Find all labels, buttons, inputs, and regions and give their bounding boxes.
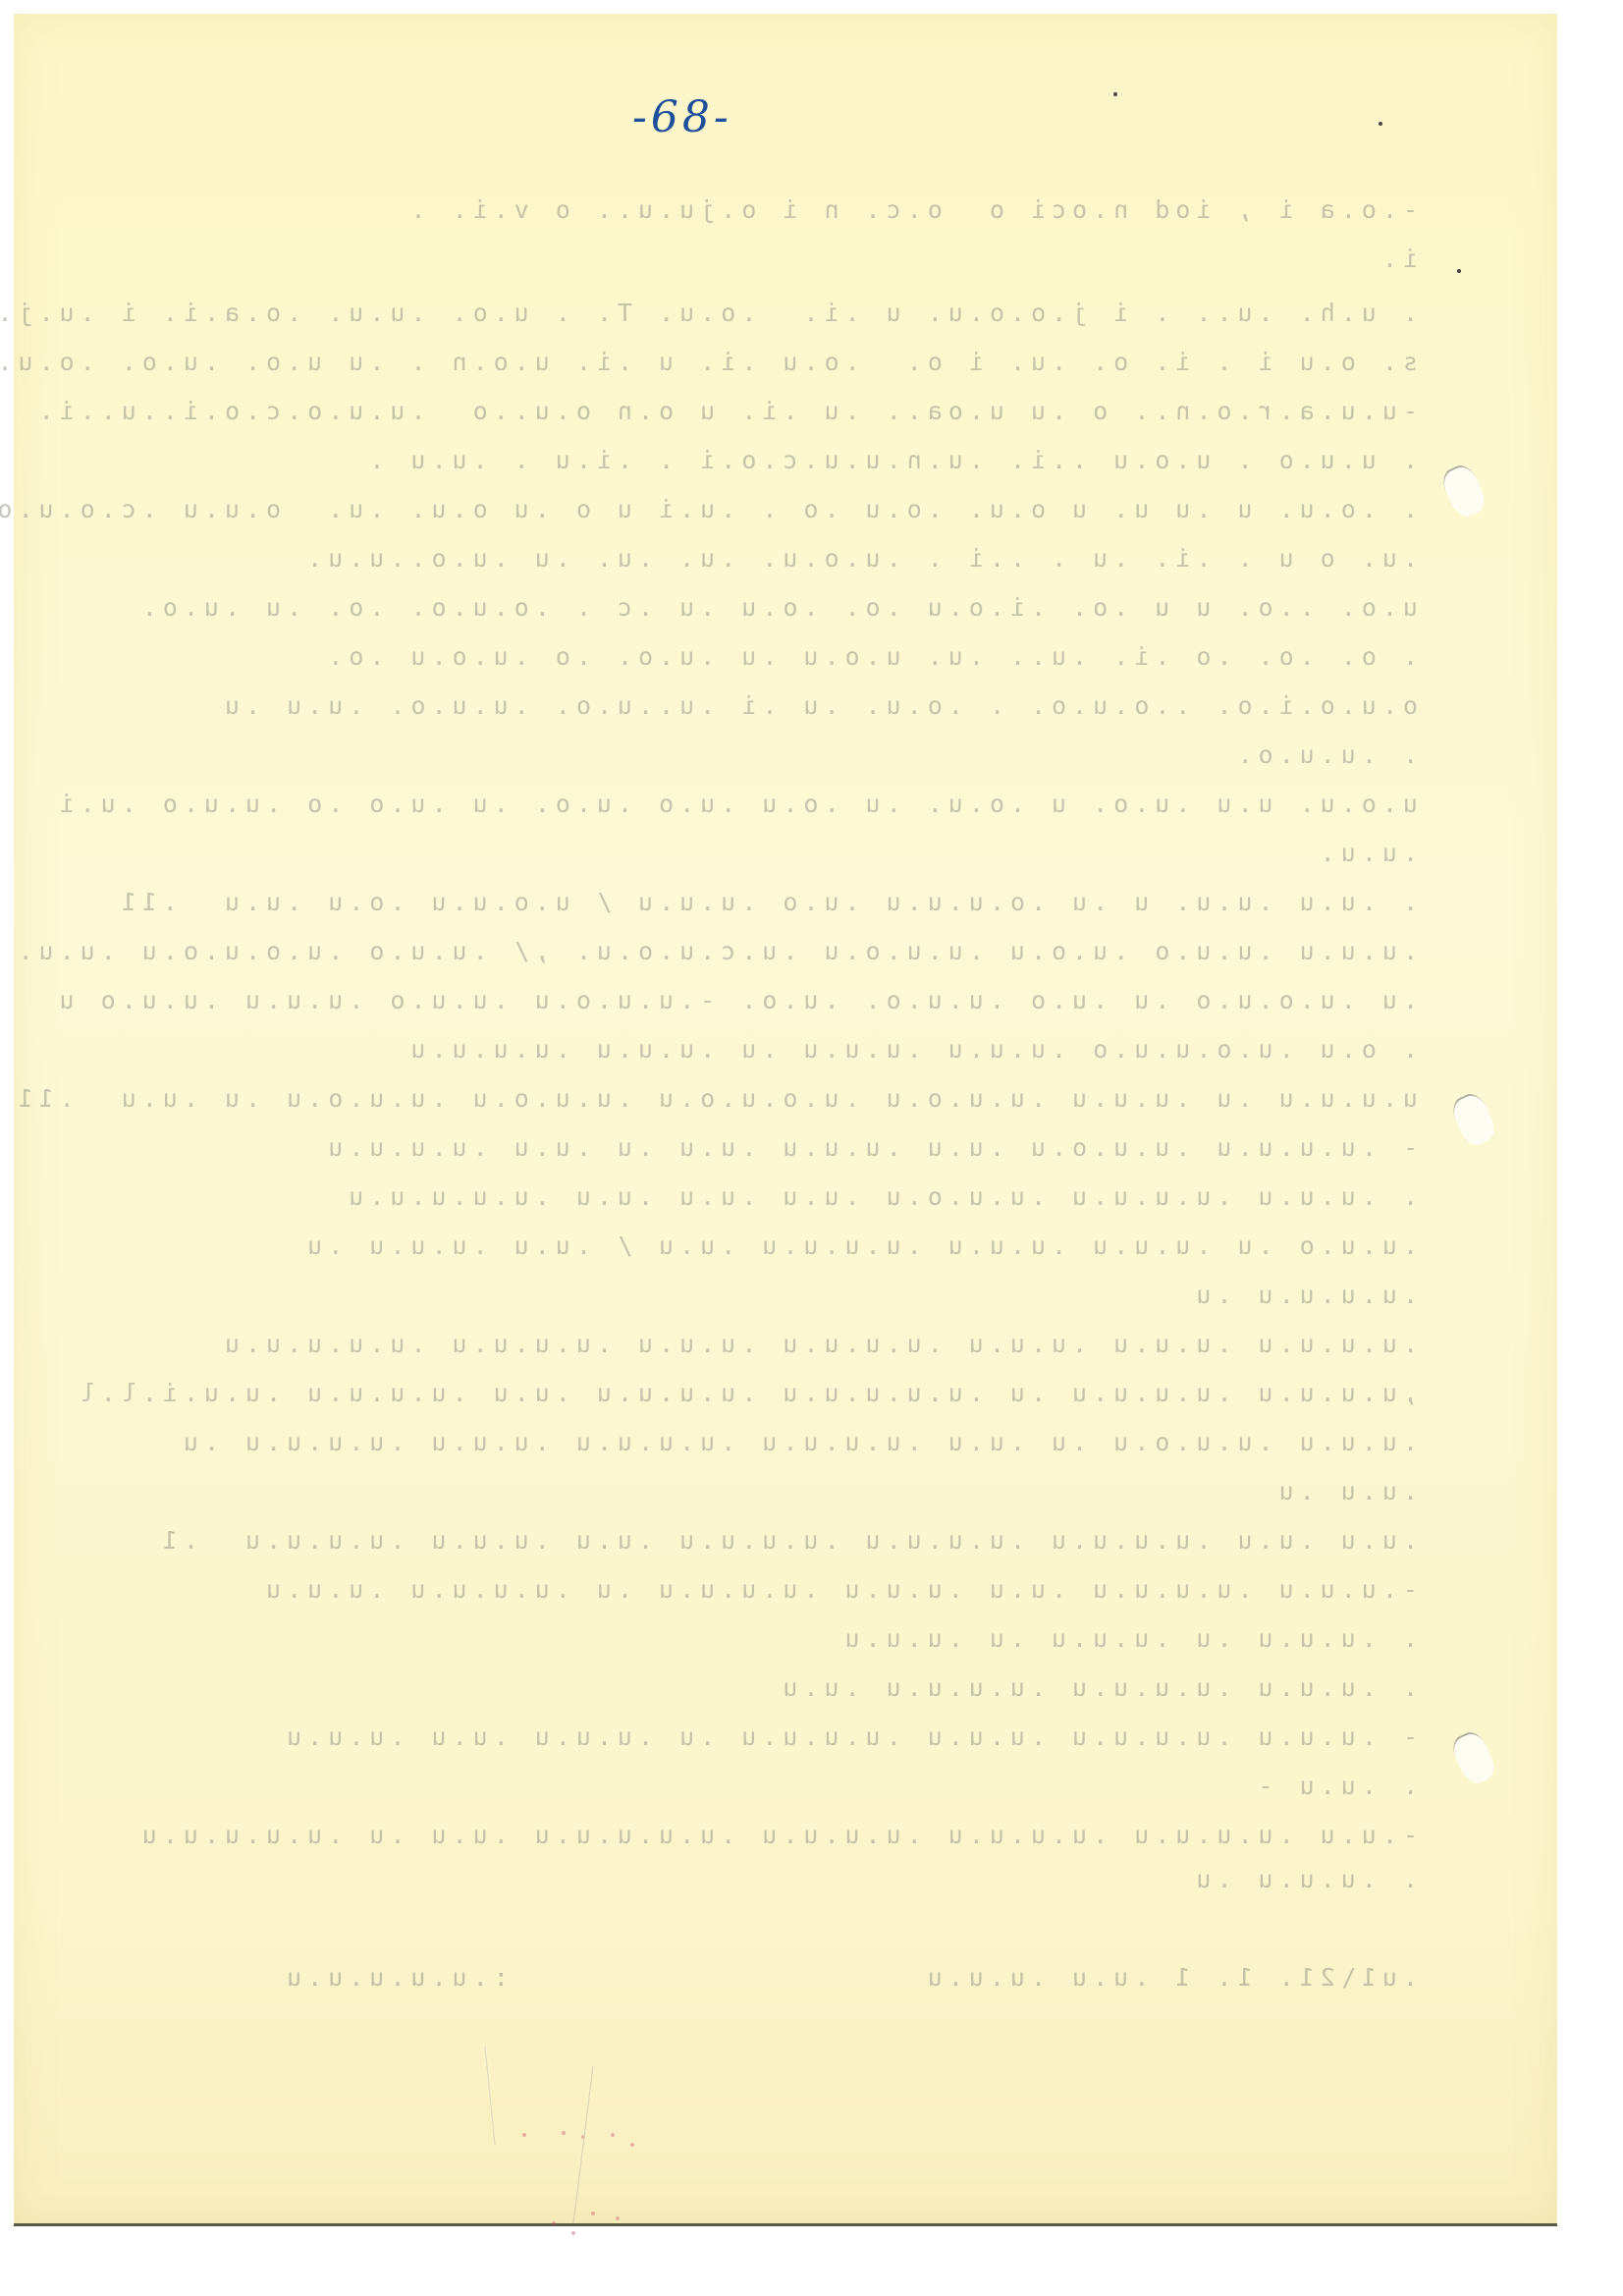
speck xyxy=(1379,122,1382,126)
text-line: -u.u.a.r.o.n.. o .u u.oa.. .u .i. u o.n … xyxy=(24,397,1418,425)
text-line: ,u.u.u.u .u.u.u.u .u .u.u.u.u.u .u.u.u.u… xyxy=(24,1379,1418,1407)
text-line: .u.u.u .u.u.o.u .u .u.u .u.u.u.u .u.u.u.… xyxy=(24,1428,1418,1456)
text-line: . .u.u - xyxy=(24,1772,1418,1800)
text-line: -.o.a i , iod n.oci o o.c. n i o.ju.u.. … xyxy=(24,195,1418,224)
text-line: . u.u.o . u.o.u ..i. .u.n.u.u.c.o.i . .i… xyxy=(24,446,1418,474)
text-line: .u .u.o.u.o .u .u.o .u.u.o. .u.o. -.u.u.… xyxy=(24,986,1418,1014)
text-line: . o.u .u.o.u.u.o .u.u.u .u.u.u .u .u.u.u… xyxy=(24,1035,1418,1064)
text-line: .u. o u . .i. .u . ..i . .u.o.u. .u. .u.… xyxy=(24,544,1418,573)
document-page: -68- -.o.a i , iod n.oci o o.c. n i o.ju… xyxy=(14,14,1557,2226)
text-line: .u.u.u.u .u.u.u .u.u.u .u.u.u.u .u.u.u .… xyxy=(24,1330,1418,1358)
page-number: -68- xyxy=(632,92,732,142)
text-line: . .u.u .u.u. u .u .o.u.u.u .u.o .u.u.u /… xyxy=(24,888,1418,916)
text-line: .u.u.u.u .u xyxy=(24,1281,1418,1309)
text-line: .u1\21. 1. 1 .u.u .u.u.u :.u.u.u.u.u xyxy=(24,1963,1418,1992)
faded-stamp xyxy=(446,2027,740,2243)
punch-hole-mark xyxy=(1438,461,1490,520)
text-line: . u.h. .u.. . i j.o.o.u. u .i. .o.u. T. … xyxy=(24,299,1418,327)
text-line: . .u.u.o. xyxy=(24,740,1418,769)
text-line: .u.u. xyxy=(24,839,1418,867)
text-line: .u.u.u .u.u.o .u.o.u .u.u.o.u .u.c.u.o.u… xyxy=(24,937,1418,965)
text-line: -.u.u.u .u.u.u.u .u.u .u.u.u .u.u.u.u .u… xyxy=(24,1575,1418,1604)
text-line: -.u.u .u.u.u.u .u.u.u.u .u.u.u.u .u.u.u.… xyxy=(24,1821,1418,1849)
text-line: . .o.u. u .u u. u o.u. .o.u .o . .u.i u … xyxy=(24,495,1418,523)
text-line: . .u.u.u .u .u.u.u .u .u.u.u xyxy=(24,1624,1418,1653)
punch-hole-mark xyxy=(1448,1089,1500,1149)
text-line: u.u.u.u .u .u.u.u .u.u.o.u .u.o.u.o.u .u… xyxy=(24,1084,1418,1113)
text-line: . .u.u.u .u.u.u.u .u.u.u.u .u.u xyxy=(24,1673,1418,1702)
speck xyxy=(1457,269,1461,273)
text-line: . o. .o. .o .i. .u.. .u. u.o.u .u .u.o. … xyxy=(24,642,1418,671)
text-line: o.u.o.i.o. ..o.u.o. . .o.u. .u .i .u..u.… xyxy=(24,691,1418,720)
text-line: .u.u .u.u .u.u.u.u .u.u.u.u .u.u.u.u .u.… xyxy=(24,1526,1418,1555)
punch-hole-mark xyxy=(1448,1727,1500,1787)
text-line: .u.u .u xyxy=(24,1477,1418,1505)
text-line: - .u.u.u.u .u.u.o.u .u.u .u.u.u .u.u .u … xyxy=(24,1133,1418,1162)
text-line: .u.u.o .u .u.u.u .u.u.u .u.u.u.u .u.u / … xyxy=(24,1231,1418,1260)
text-line: . .u.u.u .u.u.u.u .u.u.o.u .u.u .u.u .u.… xyxy=(24,1182,1418,1211)
text-line: i. xyxy=(24,245,1418,273)
text-line: - .u.u.u .u.u.u.u .u.u.u .u.u.u.u .u .u.… xyxy=(24,1722,1418,1751)
text-line: s. o.u i . i. o. .u. i o. .o.u .i. u .i.… xyxy=(24,348,1418,376)
speck xyxy=(1113,92,1117,96)
text-line: . .u.u.u .u xyxy=(24,1865,1418,1893)
text-line: u.o. ..o. u u .o. .i.o.u .o. .o.u .u .c … xyxy=(24,593,1418,622)
text-line: u.o.u. u.u .u.o. u .o.u. .u .o.u .u.o .u… xyxy=(24,790,1418,818)
